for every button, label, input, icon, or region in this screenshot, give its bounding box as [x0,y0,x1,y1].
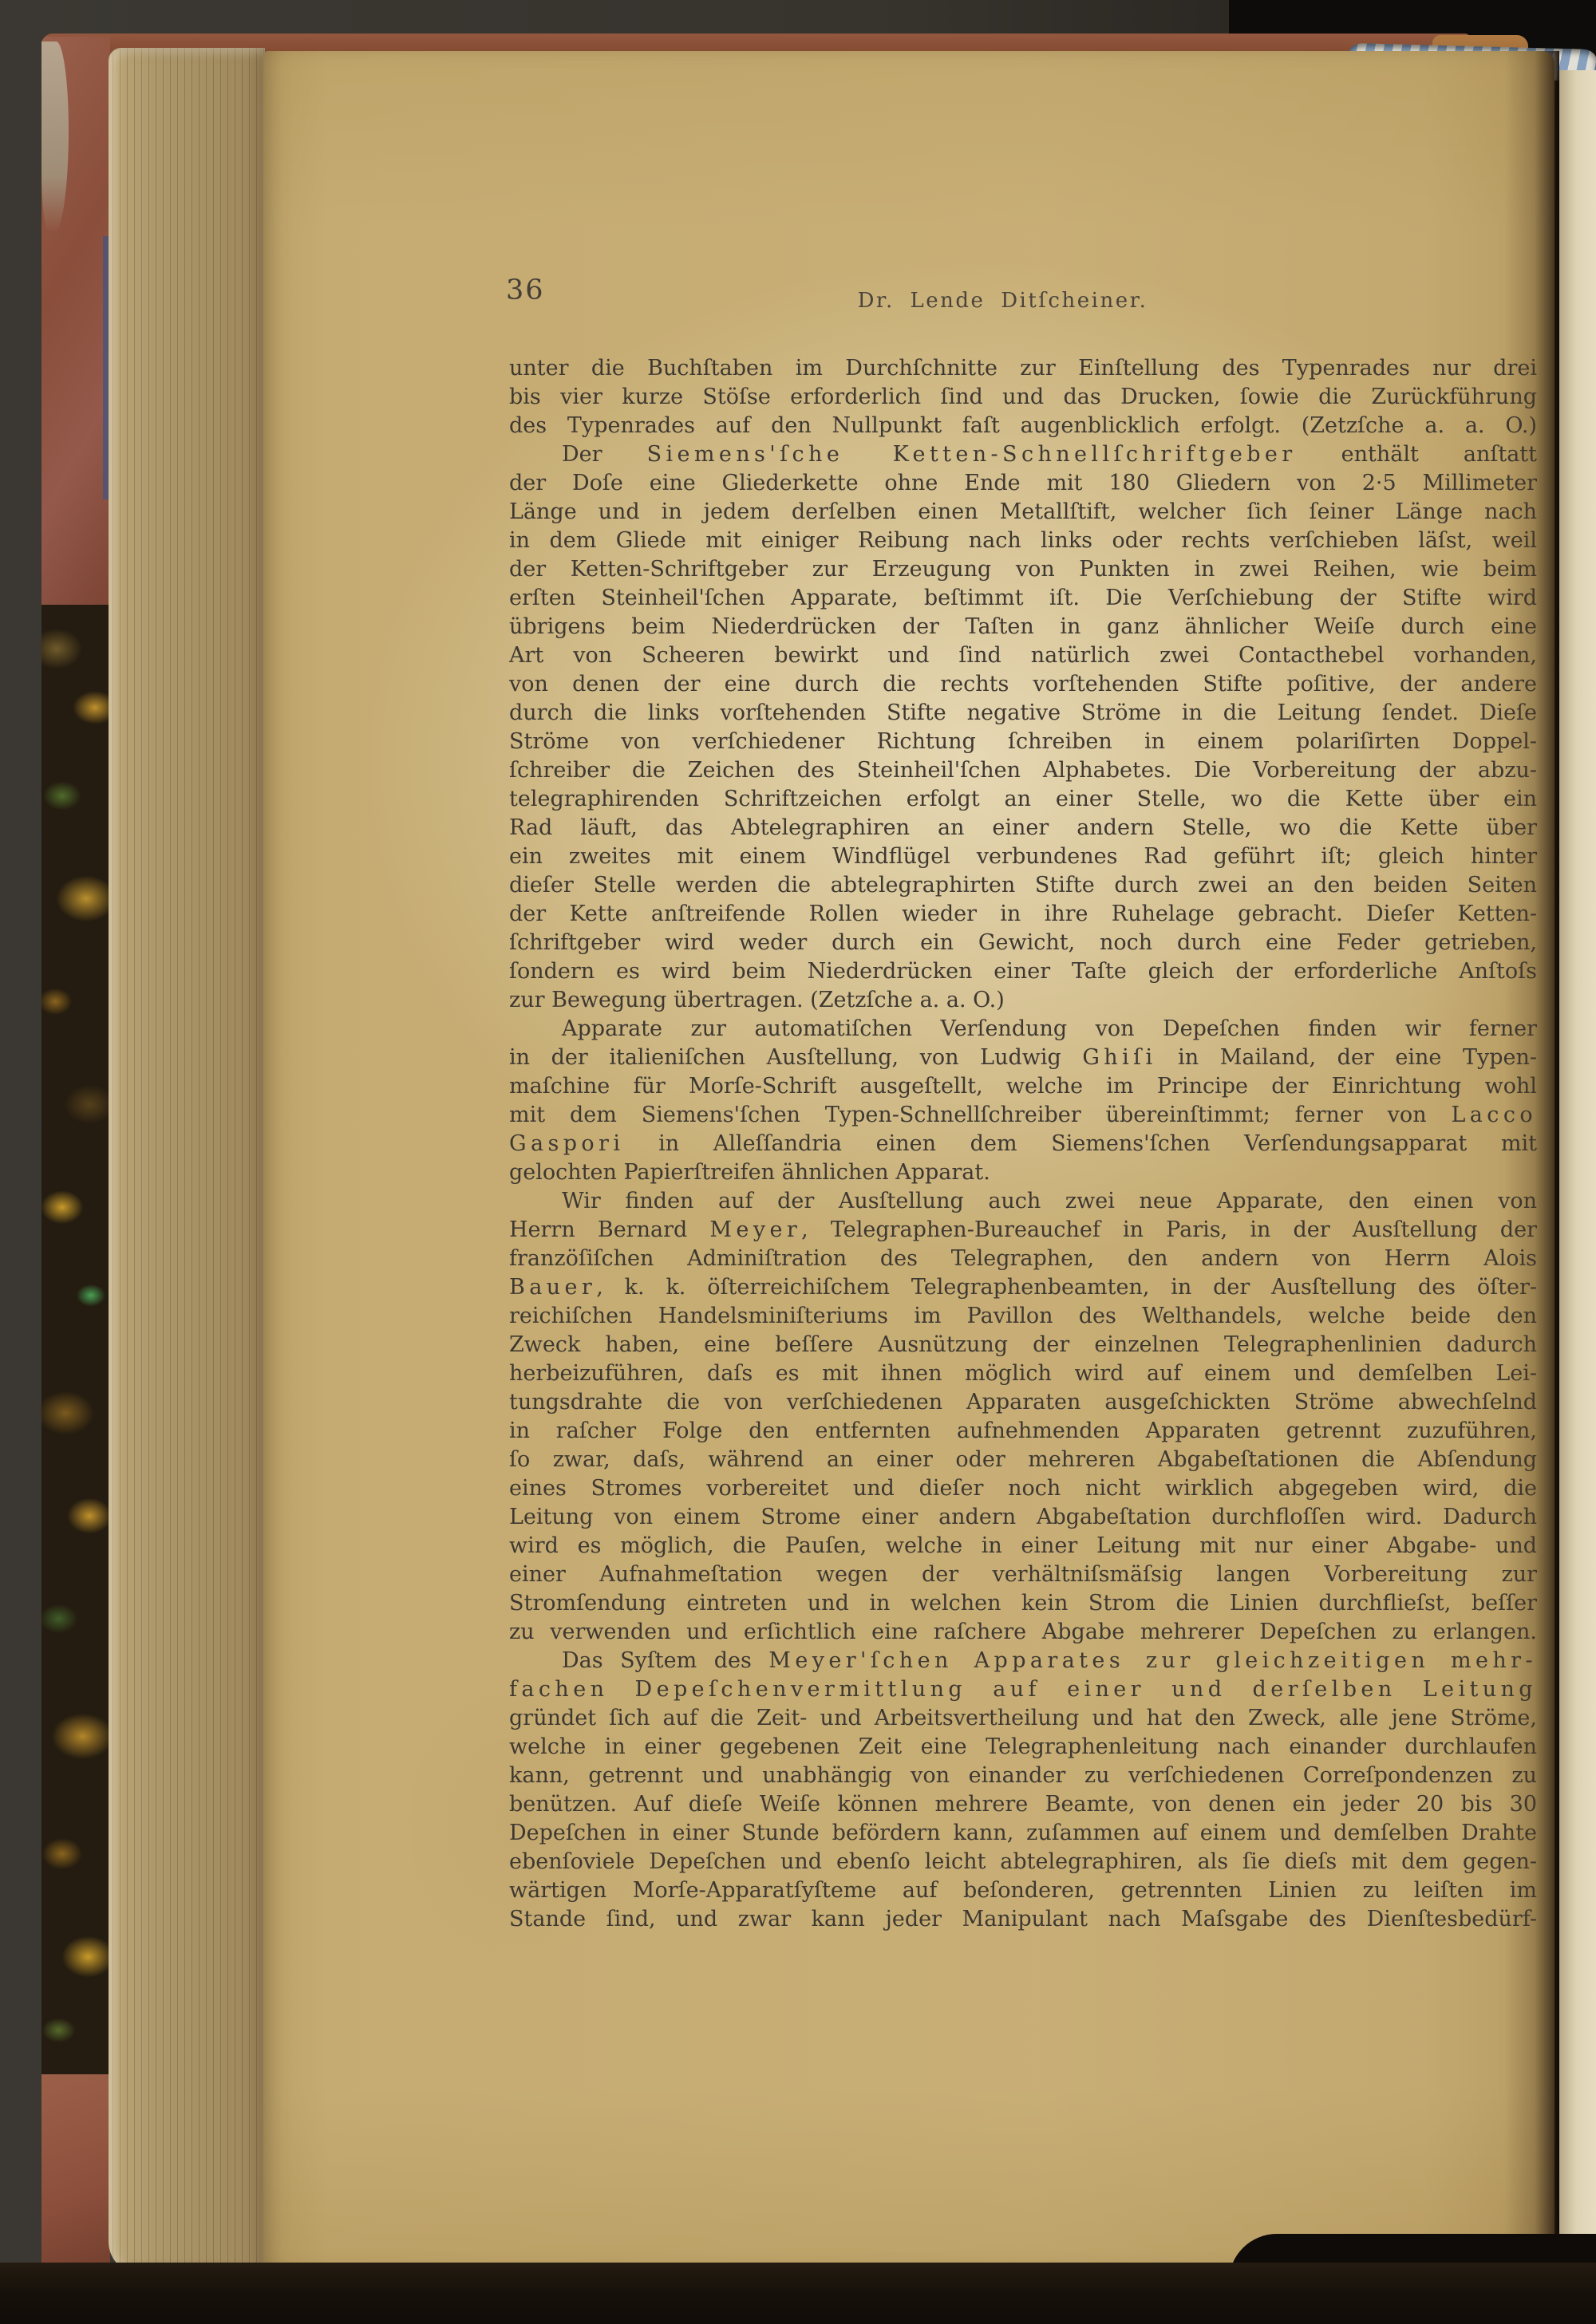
text-segment: Depeſchen in einer Stunde befördern kann… [509,1821,1537,1845]
text-segment: , k. k. öſterreichiſchem Telegraphenbeam… [596,1275,1537,1300]
text-segment: zur Bewegung übertragen. (Zetzſche a. a.… [509,988,1005,1012]
letterspaced-text: Meyer [709,1217,801,1242]
text-segment: , Telegraphen-Bureauchef in Paris, in de… [801,1217,1537,1242]
text-line: Wir finden auf der Ausſtellung auch zwei… [509,1187,1537,1216]
text-segment: Wir finden auf der Ausſtellung auch zwei… [562,1189,1537,1213]
gutter-shadow [1504,51,1559,2266]
text-line: der Doſe eine Gliederkette ohne Ende mit… [509,469,1537,498]
text-segment: wird es möglich, die Pauſen, welche in e… [509,1533,1537,1558]
text-line: reichiſchen Handelsminiſteriums im Pavil… [509,1302,1537,1331]
text-line: dieſer Stelle werden die abtelegraphirte… [509,871,1537,900]
text-line: in raſcher Folge den entfernten aufnehme… [509,1417,1537,1446]
text-segment: Ströme von verſchiedener Richtung ſchrei… [509,729,1537,754]
text-segment: einer Aufnahmeſtation wegen der verhältn… [509,1562,1537,1587]
text-segment: in raſcher Folge den entfernten aufnehme… [509,1418,1537,1443]
text-segment: Der [562,442,647,467]
text-segment: durch die links vorſtehenden Stifte nega… [509,700,1537,725]
text-line: ſondern es wird beim Niederdrücken einer… [509,957,1537,986]
text-line: fachen Depeſchenvermittlung auf einer un… [509,1675,1537,1704]
text-segment: enthält anſtatt [1297,442,1537,467]
text-segment: eines Stromes vorbereitet und dieſer noc… [509,1476,1537,1501]
text-segment: des Typenrades auf den Nullpunkt faſt au… [509,413,1537,438]
text-line: Apparate zur automatiſchen Verſendung vo… [509,1015,1537,1044]
text-line: unter die Buchſtaben im Durchſchnitte zu… [509,354,1537,383]
next-page-sliver [1559,70,1596,2243]
letterspaced-text: Meyer'ſchen Apparates zur gleichzeitigen… [768,1648,1537,1673]
text-line: Stande ſind, und zwar kann jeder Manipul… [509,1905,1537,1934]
text-segment: gründet ſich auf die Zeit- und Arbeitsve… [509,1706,1537,1730]
text-segment: telegraphirenden Schriftzeichen erfolgt … [509,787,1537,811]
text-line: ein zweites mit einem Windflügel verbund… [509,842,1537,871]
text-segment: ſo zwar, daſs, während an einer oder meh… [509,1447,1537,1472]
text-line: übrigens beim Niederdrücken der Taſten i… [509,613,1537,641]
text-segment: maſchine für Morſe-Schrift ausgeſtellt, … [509,1074,1537,1099]
text-line: Ströme von verſchiedener Richtung ſchrei… [509,728,1537,756]
text-segment: gelochten Papierſtreifen ähnlichen Appar… [509,1160,990,1185]
text-segment: Leitung von einem Strome einer andern Ab… [509,1505,1537,1529]
text-segment: ſchreiber die Zeichen des Steinheil'ſche… [509,758,1537,783]
text-line: einer Aufnahmeſtation wegen der verhältn… [509,1561,1537,1589]
text-segment: tungsdrahte die von verſchiedenen Appara… [509,1390,1537,1415]
text-segment: herbeizuführen, daſs es mit ihnen möglic… [509,1361,1537,1386]
text-segment: in der italieniſchen Ausſtellung, von Lu… [509,1045,1082,1070]
text-segment: mit dem Siemens'ſchen Typen-Schnellſchre… [509,1103,1451,1127]
text-line: benützen. Auf dieſe Weiſe können mehrere… [509,1790,1537,1819]
text-line: Zweck haben, eine beſſere Ausnützung der… [509,1331,1537,1359]
text-line: Stromſendung eintreten und in welchen ke… [509,1589,1537,1618]
book-page: 36 Dr. Lende Ditſcheiner. unter die Buch… [263,51,1555,2266]
text-line: des Typenrades auf den Nullpunkt faſt au… [509,412,1537,440]
text-line: wärtigen Morſe-Apparatſyſteme auf beſond… [509,1876,1537,1905]
running-title: Dr. Lende Ditſcheiner. [490,289,1515,313]
text-segment: welche in einer gegebenen Zeit eine Tele… [509,1734,1537,1759]
text-line: telegraphirenden Schriftzeichen erfolgt … [509,785,1537,814]
text-line: Leitung von einem Strome einer andern Ab… [509,1503,1537,1532]
text-line: zur Bewegung übertragen. (Zetzſche a. a.… [509,986,1537,1015]
text-segment: Apparate zur automatiſchen Verſendung vo… [562,1016,1537,1041]
letterspaced-text: Bauer [509,1275,596,1300]
text-segment: in dem Gliede mit einiger Reibung nach l… [509,528,1537,553]
text-line: Gaspori in Alleſſandria einen dem Siemen… [509,1130,1537,1158]
text-segment: Länge und in jedem derſelben einen Metal… [509,499,1537,524]
scanned-book-photo: 36 Dr. Lende Ditſcheiner. unter die Buch… [0,0,1596,2324]
text-segment: übrigens beim Niederdrücken der Taſten i… [509,614,1537,639]
text-segment: Herrn Bernard [509,1217,709,1242]
text-line: durch die links vorſtehenden Stifte nega… [509,699,1537,728]
text-segment: der Ketten-Schriftgeber zur Erzeugung vo… [509,557,1537,582]
text-segment: in Mailand, der eine Typen- [1157,1045,1537,1070]
text-segment: reichiſchen Handelsminiſteriums im Pavil… [509,1304,1537,1328]
text-line: ſo zwar, daſs, während an einer oder meh… [509,1446,1537,1474]
text-segment: Rad läuft, das Abtelegraphiren an einer … [509,815,1537,840]
text-line: ſchriftgeber wird weder durch ein Gewich… [509,929,1537,957]
text-line: Das Syſtem des Meyer'ſchen Apparates zur… [509,1647,1537,1675]
text-line: franzöſiſchen Adminiſtration des Telegra… [509,1245,1537,1273]
text-block: unter die Buchſtaben im Durchſchnitte zu… [509,354,1537,1934]
text-line: der Ketten-Schriftgeber zur Erzeugung vo… [509,555,1537,584]
background-bottom [0,2263,1596,2324]
text-segment: Stromſendung eintreten und in welchen ke… [509,1591,1537,1616]
text-segment: der Doſe eine Gliederkette ohne Ende mit… [509,471,1537,495]
text-segment: Zweck haben, eine beſſere Ausnützung der… [509,1332,1537,1357]
text-segment: kann, getrennt und unabhängig von einand… [509,1763,1537,1788]
text-line: wird es möglich, die Pauſen, welche in e… [509,1532,1537,1561]
text-line: maſchine für Morſe-Schrift ausgeſtellt, … [509,1072,1537,1101]
leather-corner-bottom [41,2074,110,2287]
text-segment: franzöſiſchen Adminiſtration des Telegra… [509,1246,1537,1271]
text-segment: erſten Steinheil'ſchen Apparate, beſtimm… [509,586,1537,610]
text-line: Art von Scheeren bewirkt und ſind natürl… [509,641,1537,670]
text-line: bis vier kurze Stöſse erforderlich ſind … [509,383,1537,412]
text-line: eines Stromes vorbereitet und dieſer noc… [509,1474,1537,1503]
text-segment: von denen der eine durch die rechts vorſ… [509,672,1537,696]
text-line: welche in einer gegebenen Zeit eine Tele… [509,1733,1537,1762]
text-segment: ſchriftgeber wird weder durch ein Gewich… [509,930,1537,955]
text-segment: bis vier kurze Stöſse erforderlich ſind … [509,385,1537,409]
text-segment: benützen. Auf dieſe Weiſe können mehrere… [509,1792,1537,1817]
text-segment: Das Syſtem des [562,1648,768,1673]
letterspaced-text: Ghiſi [1082,1045,1156,1070]
letterspaced-text: Gaspori [509,1131,624,1156]
text-line: mit dem Siemens'ſchen Typen-Schnellſchre… [509,1101,1537,1130]
text-segment: Art von Scheeren bewirkt und ſind natürl… [509,643,1537,668]
text-line: Bauer, k. k. öſterreichiſchem Telegraphe… [509,1273,1537,1302]
text-line: zu verwenden und erſichtlich eine raſche… [509,1618,1537,1647]
text-segment: in Alleſſandria einen dem Siemens'ſchen … [624,1131,1537,1156]
text-segment: wärtigen Morſe-Apparatſyſteme auf beſond… [509,1878,1537,1903]
text-line: in der italieniſchen Ausſtellung, von Lu… [509,1044,1537,1072]
page-edges [109,48,265,2274]
text-line: herbeizuführen, daſs es mit ihnen möglic… [509,1359,1537,1388]
text-line: ſchreiber die Zeichen des Steinheil'ſche… [509,756,1537,785]
marbled-cover-paper [41,605,110,2074]
book-cover-left-edge [41,37,110,2287]
text-line: kann, getrennt und unabhängig von einand… [509,1762,1537,1790]
text-line: gelochten Papierſtreifen ähnlichen Appar… [509,1158,1537,1187]
text-line: erſten Steinheil'ſchen Apparate, beſtimm… [509,584,1537,613]
text-line: von denen der eine durch die rechts vorſ… [509,670,1537,699]
text-line: der Kette anſtreifende Rollen wieder in … [509,900,1537,929]
text-segment: ein zweites mit einem Windflügel verbund… [509,844,1537,869]
text-line: Depeſchen in einer Stunde befördern kann… [509,1819,1537,1848]
text-segment: Stande ſind, und zwar kann jeder Manipul… [509,1907,1537,1931]
text-line: gründet ſich auf die Zeit- und Arbeitsve… [509,1704,1537,1733]
text-line: in dem Gliede mit einiger Reibung nach l… [509,527,1537,555]
text-line: tungsdrahte die von verſchiedenen Appara… [509,1388,1537,1417]
letterspaced-text: Siemens'ſche Ketten-Schnellſchriftgeber [647,442,1297,467]
text-segment: der Kette anſtreifende Rollen wieder in … [509,902,1537,926]
text-line: ebenſoviele Depeſchen und ebenſo leicht … [509,1848,1537,1876]
text-segment: dieſer Stelle werden die abtelegraphirte… [509,873,1537,898]
text-line: Der Siemens'ſche Ketten-Schnellſchriftge… [509,440,1537,469]
text-segment: zu verwenden und erſichtlich eine raſche… [509,1620,1537,1644]
text-segment: unter die Buchſtaben im Durchſchnitte zu… [509,356,1537,381]
text-line: Länge und in jedem derſelben einen Metal… [509,498,1537,527]
text-segment: ſondern es wird beim Niederdrücken einer… [509,959,1537,984]
text-line: Herrn Bernard Meyer, Telegraphen-Bureauc… [509,1216,1537,1245]
letterspaced-text: fachen Depeſchenvermittlung auf einer un… [509,1677,1537,1702]
text-segment: ebenſoviele Depeſchen und ebenſo leicht … [509,1849,1537,1874]
text-line: Rad läuft, das Abtelegraphiren an einer … [509,814,1537,842]
